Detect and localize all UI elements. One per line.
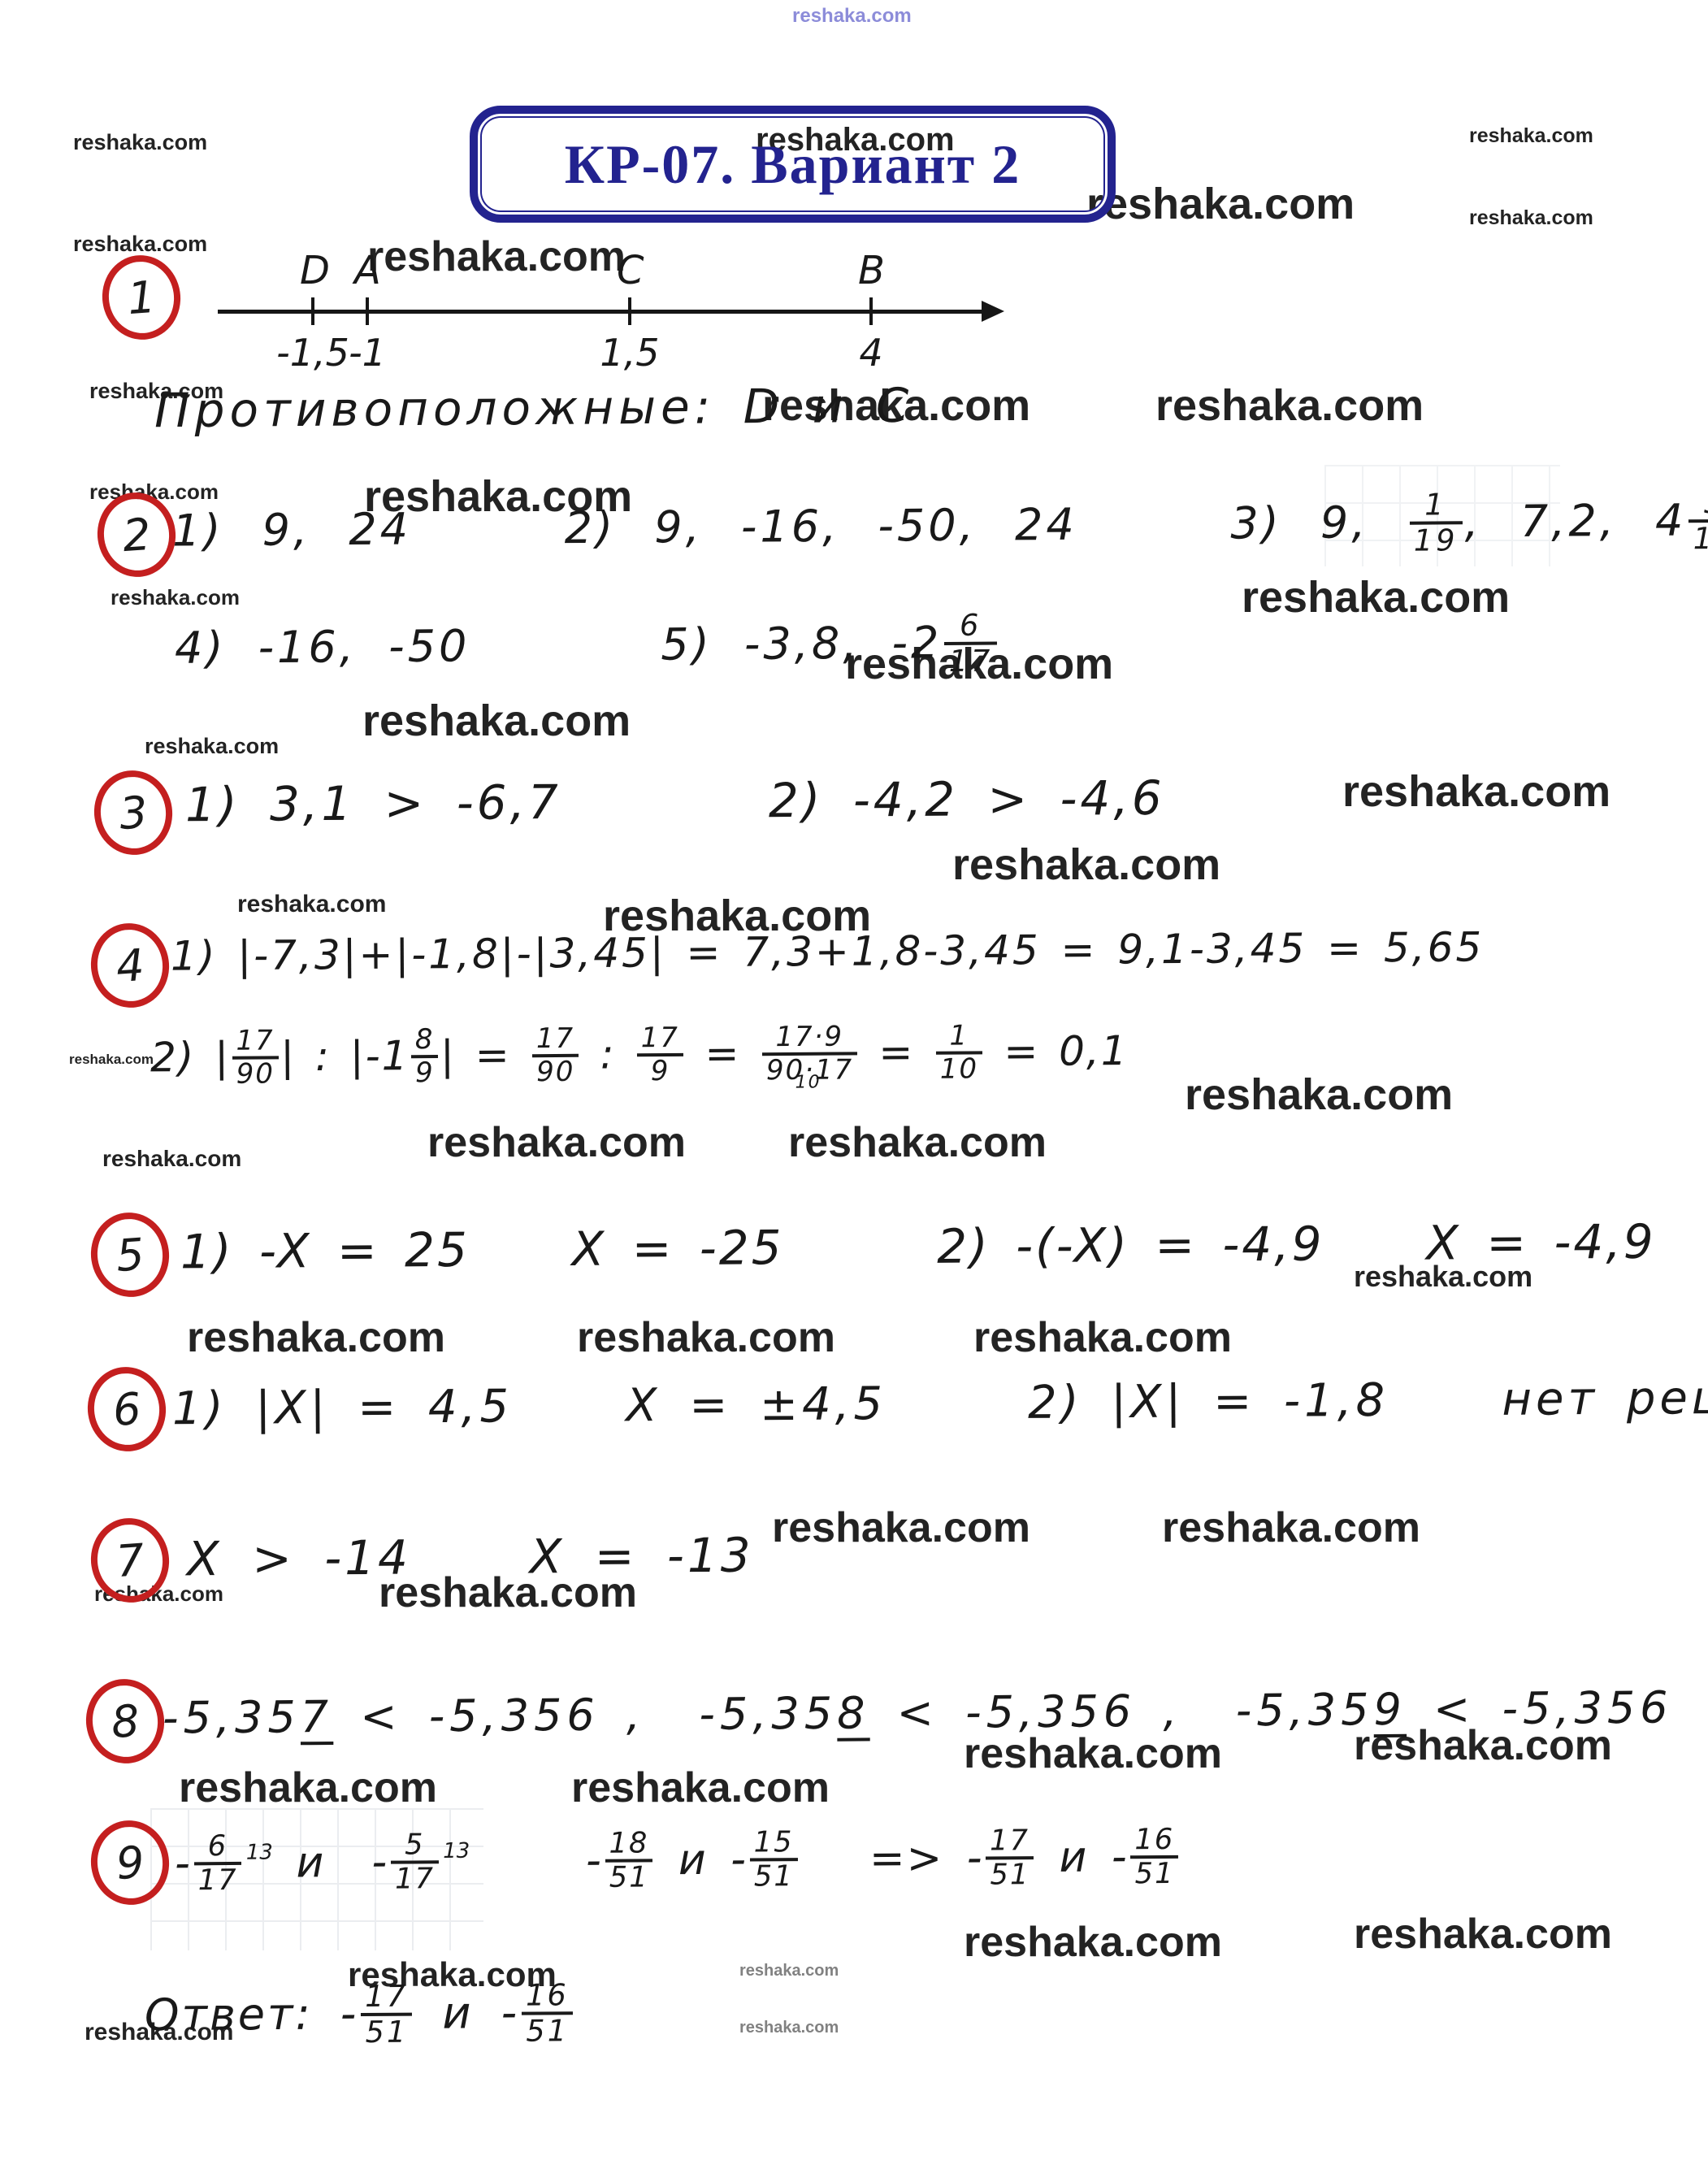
problem-number-label: 4 — [115, 939, 146, 991]
denominator: 90 — [232, 1059, 279, 1089]
fraction: 617 — [944, 609, 998, 678]
underlined-digit: 9 — [1373, 1684, 1407, 1735]
watermark: reshaka.com — [571, 1763, 830, 1812]
watermark: reshaka.com — [1185, 1069, 1453, 1120]
watermark: reshaka.com — [739, 2019, 839, 2037]
problem-number-label: 7 — [115, 1533, 146, 1586]
fraction: 1651 — [1130, 1824, 1178, 1890]
denominator: 17 — [391, 1863, 439, 1895]
numerator: 1 — [936, 1021, 982, 1054]
watermark: reshaka.com — [964, 1918, 1222, 1967]
number-line-arrowhead — [982, 301, 1004, 322]
watermark: reshaka.com — [1242, 572, 1510, 623]
underlined-digit: 8 — [837, 1687, 870, 1738]
fraction: 1790 — [232, 1026, 279, 1089]
watermark: reshaka.com — [237, 891, 386, 918]
problem-number-label: 5 — [115, 1228, 146, 1281]
denominator: 90 — [532, 1057, 579, 1087]
fraction: 617 — [193, 1831, 241, 1897]
watermark: reshaka.com — [73, 232, 207, 257]
denominator: 17 — [194, 1865, 242, 1897]
watermark: reshaka.com — [1086, 179, 1355, 229]
number-line-tick — [869, 297, 873, 325]
denominator: 16 — [1688, 522, 1708, 554]
fraction: 1751 — [361, 1980, 413, 2049]
number-line-tick — [628, 297, 631, 325]
problem-8-line-1: -5,357 < -5,356 , -5,358 < -5,356 , -5,3… — [163, 1682, 1673, 1744]
superscript-multiplier: 13 — [246, 1841, 273, 1865]
problem-number-label: 1 — [126, 271, 158, 323]
numerator: 8 — [411, 1025, 438, 1058]
numerator: 16 — [1130, 1824, 1178, 1859]
problem-3-line-1: 1) 3,1 > -6,7 2) -4,2 > -4,6 — [185, 770, 1165, 832]
problem-1-answer: Противоположные: D и C — [154, 378, 914, 439]
watermark: reshaka.com — [427, 1118, 686, 1167]
problem-5-number: 5 — [85, 1208, 175, 1302]
watermark: reshaka.com — [187, 1313, 445, 1362]
numerator: 17 — [986, 1825, 1034, 1860]
watermark: reshaka.com — [952, 839, 1220, 890]
numerator: 17·9 — [762, 1022, 857, 1056]
watermark: reshaka.com — [362, 696, 631, 746]
denominator: 10 — [936, 1054, 982, 1084]
fraction: 119 — [1409, 488, 1463, 557]
problem-6-number: 6 — [82, 1362, 171, 1456]
problem-1-number: 1 — [97, 250, 186, 345]
numerator: 16 — [522, 1979, 573, 2015]
problem-8-number: 8 — [80, 1674, 170, 1768]
denominator: 9 — [411, 1058, 438, 1088]
watermark: reshaka.com — [73, 130, 207, 155]
problem-3-number: 3 — [89, 766, 178, 860]
underlined-digit: 7 — [301, 1691, 334, 1742]
point-value: 1,5 — [585, 331, 674, 375]
point-label: C — [617, 248, 644, 293]
numerator: 6 — [944, 609, 997, 645]
title-box: КР-07. Вариант 2 — [470, 106, 1116, 223]
numerator: 3 — [1688, 487, 1708, 523]
point-label: A — [354, 248, 381, 293]
worksheet-page: reshaka.comreshaka.comreshaka.comreshaka… — [0, 0, 1708, 2169]
problem-6-line-1: 1) |X| = 4,5 X = ±4,5 2) |X| = -1,8 нет … — [172, 1371, 1708, 1436]
fraction: 179 — [637, 1023, 683, 1087]
watermark: reshaka.com — [179, 1763, 437, 1812]
point-value: -1 — [323, 331, 412, 375]
watermark: reshaka.com — [1155, 380, 1424, 431]
numerator: 17 — [232, 1026, 279, 1059]
fraction: 1851 — [605, 1828, 652, 1894]
watermark: reshaka.com — [1354, 1910, 1612, 1959]
fraction: 1790 — [532, 1024, 579, 1087]
problem-9-line-1: -61713 и -51713 -1851 и -1551 => -1751 и… — [175, 1827, 1181, 1899]
watermark: reshaka.com — [739, 1962, 839, 1980]
problem-number-label: 2 — [121, 508, 153, 561]
watermark: reshaka.com — [102, 1146, 241, 1172]
watermark: reshaka.com — [973, 1313, 1232, 1362]
numerator: 17 — [361, 1980, 412, 2016]
denominator: 51 — [522, 2015, 573, 2047]
watermark: reshaka.com — [111, 585, 240, 610]
numerator: 1 — [1409, 488, 1462, 524]
fraction: 1751 — [986, 1825, 1034, 1891]
watermark: reshaka.com — [1469, 206, 1593, 230]
watermark: reshaka.com — [788, 1118, 1047, 1167]
problem-7-line-1: X > -14 X = -13 — [187, 1528, 754, 1587]
problem-4-line-2: 2) |1790| : |-189| = 1790 : 179 = 17·990… — [150, 1022, 1129, 1092]
point-value: 4 — [826, 331, 916, 375]
problem-5-line-1: 1) -X = 25 X = -25 2) -(-X) = -4,9 X = -… — [180, 1214, 1656, 1280]
number-line-tick — [366, 297, 369, 325]
number-line-tick — [311, 297, 314, 325]
problem-number-label: 6 — [111, 1382, 143, 1435]
problem-4-line-1: 1) |-7,3|+|-1,8|-|3,45| = 7,3+1,8-3,45 =… — [171, 923, 1485, 979]
problem-number-label: 3 — [118, 786, 150, 839]
numerator: 17 — [637, 1023, 683, 1056]
fraction: 1551 — [749, 1827, 797, 1893]
fraction: 1651 — [522, 1979, 574, 2047]
watermark: reshaka.com — [367, 232, 626, 281]
denominator: 9 — [637, 1056, 683, 1087]
superscript-multiplier: 13 — [443, 1839, 470, 1863]
watermark: reshaka.com — [69, 1052, 154, 1068]
denominator: 51 — [1130, 1859, 1178, 1890]
fraction: 517 — [391, 1829, 439, 1895]
point-label: D — [300, 248, 330, 293]
problem-number-label: 9 — [115, 1836, 146, 1889]
fraction: 316 — [1688, 487, 1708, 555]
problem-number-label: 8 — [110, 1694, 141, 1747]
watermark: reshaka.com — [145, 734, 279, 759]
problem-2-line-1: 1) 9, 24 2) 9, -16, -50, 24 3) 9, 119, 7… — [172, 488, 1708, 568]
watermark: reshaka.com — [1469, 124, 1593, 148]
problem-4-number: 4 — [85, 918, 175, 1013]
watermark: reshaka.com — [792, 5, 912, 28]
denominator: 19 — [1410, 524, 1463, 557]
numerator: 18 — [605, 1828, 652, 1863]
problem-7-number: 7 — [85, 1513, 175, 1607]
fraction: 89 — [411, 1025, 439, 1088]
numerator: 5 — [391, 1829, 439, 1864]
denominator: 51 — [986, 1859, 1034, 1891]
point-label: B — [858, 248, 885, 293]
problem-2-line-2: 4) -16, -50 5) -3,8, -2617 — [175, 611, 1000, 684]
watermark: reshaka.com — [1342, 766, 1610, 817]
denominator: 17 — [944, 644, 997, 677]
numerator: 6 — [193, 1831, 241, 1866]
watermark: reshaka.com — [577, 1313, 835, 1362]
denominator: 51 — [361, 2015, 412, 2048]
watermark: reshaka.com — [1162, 1503, 1420, 1552]
problem-2-number: 2 — [92, 488, 181, 582]
denominator: 51 — [605, 1863, 653, 1894]
page-title: КР-07. Вариант 2 — [565, 132, 1021, 197]
fraction: 110 — [936, 1021, 982, 1084]
denominator: 51 — [750, 1861, 798, 1893]
watermark: reshaka.com — [772, 1503, 1030, 1552]
numerator: 15 — [749, 1827, 797, 1862]
problem-9-answer: Ответ: -1751 и -1651 — [145, 1981, 576, 2052]
numerator: 17 — [532, 1024, 579, 1057]
